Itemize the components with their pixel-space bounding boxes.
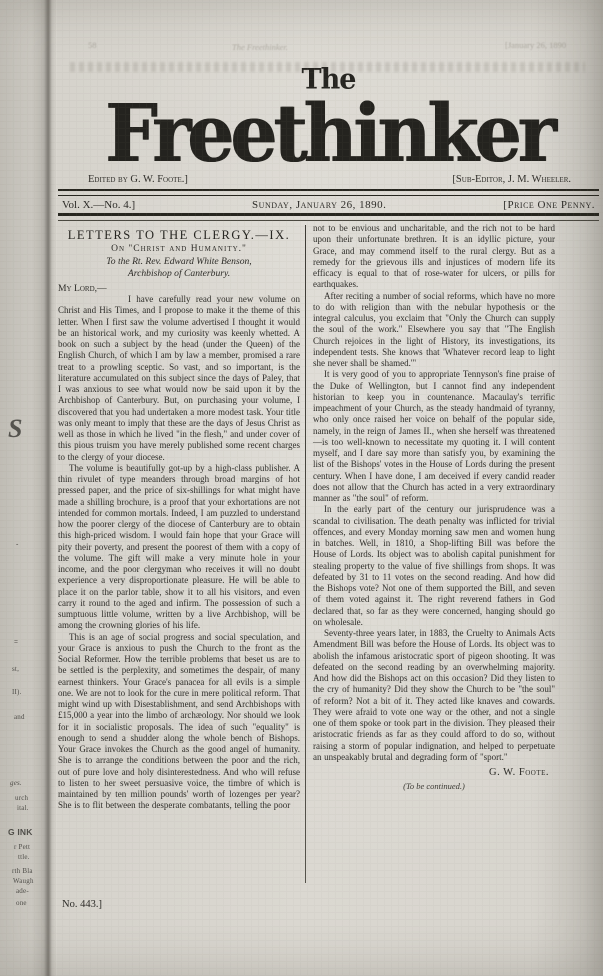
header-rule-bottom (58, 213, 599, 221)
column-right: not to be envious and uncharitable, and … (306, 223, 555, 883)
article-title: LETTERS TO THE CLERGY.—IX. (58, 228, 300, 243)
addressee-line-2: Archbishop of Canterbury. (58, 268, 300, 280)
issue-date: Sunday, January 26, 1890. (252, 199, 386, 211)
paragraph: In the early part of the century our jur… (313, 504, 555, 628)
margin-fragment: G INK (8, 828, 33, 836)
margin-fragment: r Pett (14, 843, 30, 851)
margin-fragment: ital. (17, 804, 29, 812)
margin-fragment: ttle. (18, 853, 30, 861)
margin-fragment: st, (12, 665, 19, 673)
paragraph: It is very good of you to appropriate Te… (313, 369, 555, 504)
article-subtitle: On "Christ and Humanity." (58, 244, 300, 254)
masthead-title: Freethinker (58, 93, 599, 175)
issue-number-footer: No. 443.] (62, 899, 102, 910)
page-content: The Freethinker Edited by G. W. Foote.] … (58, 0, 599, 976)
header-rule-top (58, 189, 599, 196)
salutation: My Lord,— (58, 283, 300, 294)
margin-fragment: S (8, 425, 23, 433)
author-signature: G. W. Foote. (313, 767, 555, 778)
margin-fragment: ade- (16, 887, 29, 895)
margin-fragment: and (14, 713, 25, 721)
margin-fragment: - (16, 540, 19, 548)
paragraph: not to be envious and uncharitable, and … (313, 223, 555, 291)
addressee-line-1: To the Rt. Rev. Edward White Benson, (58, 256, 300, 268)
newspaper-page: 58 The Freethinker. [January 26, 1890 S … (0, 0, 603, 976)
margin-fragment: rth Bla (12, 867, 33, 875)
volume-number: Vol. X.—No. 4.] (62, 199, 135, 211)
continued-note: (To be continued.) (313, 781, 555, 791)
issue-price: [Price One Penny. (503, 199, 595, 211)
issue-line: Vol. X.—No. 4.] Sunday, January 26, 1890… (58, 196, 599, 213)
margin-fragment: Waugh (13, 877, 34, 885)
paragraph: After reciting a number of social reform… (313, 291, 555, 370)
masthead: The Freethinker (58, 66, 599, 172)
margin-fragment: II). (12, 688, 22, 696)
paragraph: Seventy-three years later, in 1883, the … (313, 628, 555, 763)
column-left: LETTERS TO THE CLERGY.—IX. On "Christ an… (58, 223, 305, 883)
margin-fragment: ges. (10, 779, 22, 787)
article-addressee: To the Rt. Rev. Edward White Benson, Arc… (58, 256, 300, 280)
paragraph: This is an age of social progress and so… (58, 632, 300, 812)
paragraph: The volume is beautifully got-up by a hi… (58, 463, 300, 632)
margin-fragment: = (14, 638, 18, 646)
spine-crease (44, 0, 52, 976)
margin-fragment: one (16, 899, 27, 907)
article-columns: LETTERS TO THE CLERGY.—IX. On "Christ an… (58, 223, 599, 883)
paragraph: I have carefully read your new volume on… (58, 294, 300, 463)
margin-fragment: urch (15, 794, 28, 802)
